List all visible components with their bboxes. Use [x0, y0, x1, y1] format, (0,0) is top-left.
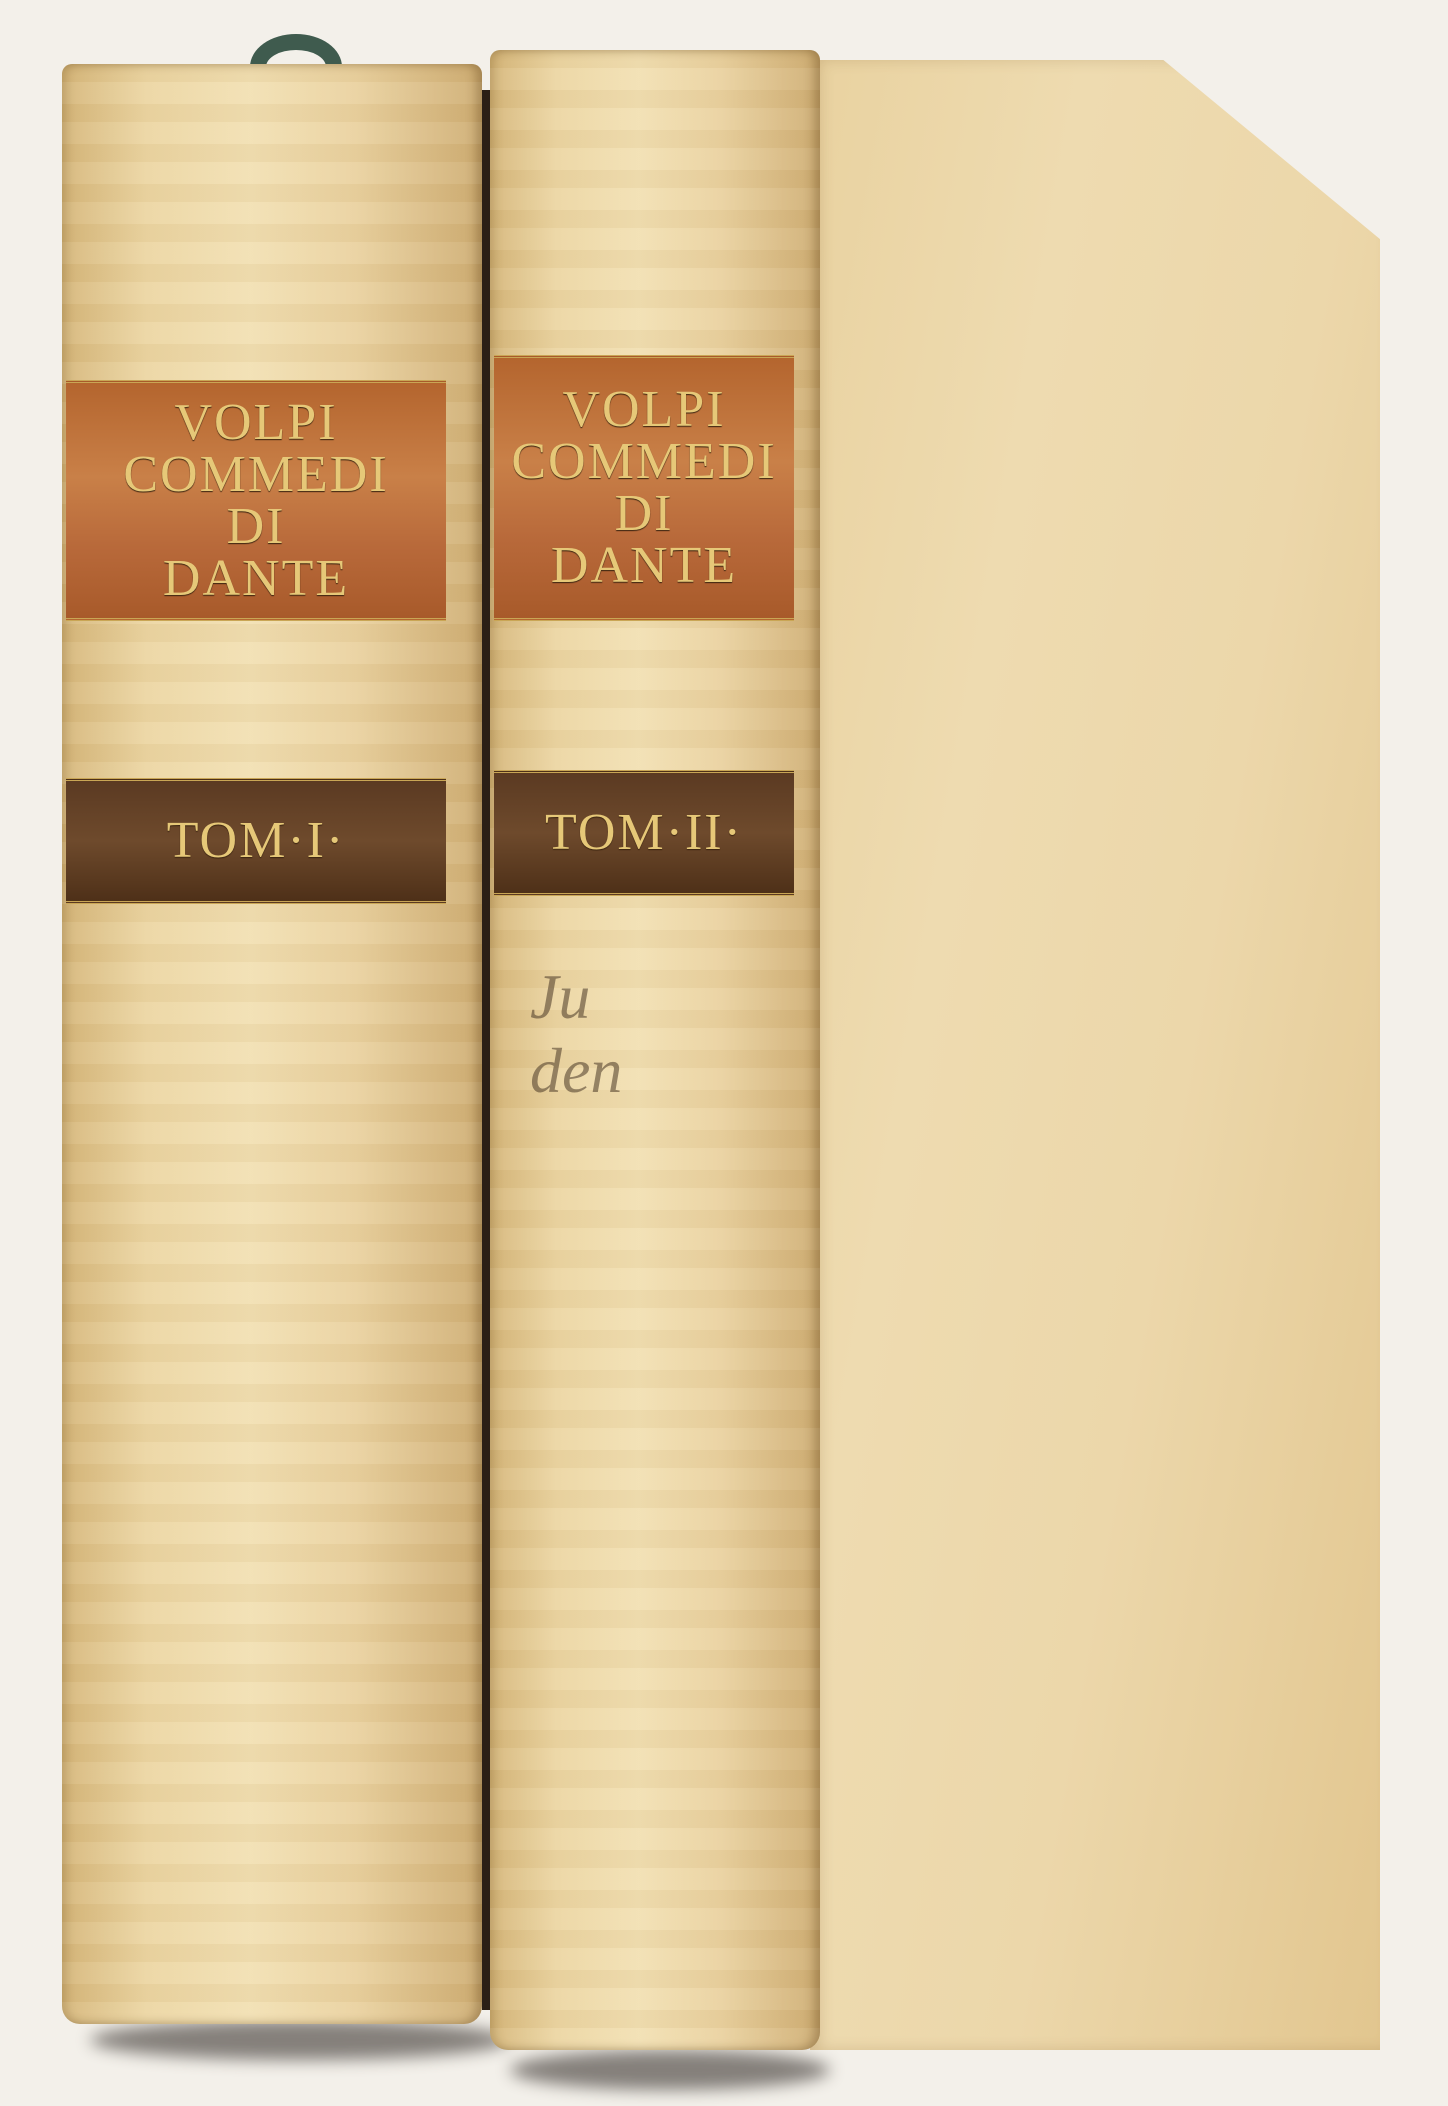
title-line: COMMEDI	[511, 436, 776, 488]
title-line: VOLPI	[174, 397, 337, 449]
title-line: VOLPI	[562, 384, 725, 436]
book-1-title-label: VOLPI COMMEDI DI DANTE	[66, 380, 446, 621]
title-line: DI	[615, 488, 674, 540]
gap-between-books	[482, 90, 490, 2010]
shadow-left-book	[90, 2020, 510, 2060]
title-line: COMMEDI	[123, 449, 388, 501]
book-1-spine	[62, 64, 482, 2024]
handwritten-inscription: Ju den	[530, 960, 622, 1108]
book-1-volume-label: TOM·I·	[66, 778, 446, 904]
book-2-title-label: VOLPI COMMEDI DI DANTE	[494, 355, 794, 621]
book-2-volume-label: TOM·II·	[494, 770, 794, 896]
volume-number: TOM·I·	[167, 815, 346, 867]
shadow-right-book	[510, 2050, 830, 2090]
title-line: DANTE	[163, 553, 349, 605]
book-2-front-cover	[810, 60, 1380, 2050]
title-line: DANTE	[551, 540, 737, 592]
title-line: DI	[227, 501, 286, 553]
volume-number: TOM·II·	[545, 807, 743, 859]
